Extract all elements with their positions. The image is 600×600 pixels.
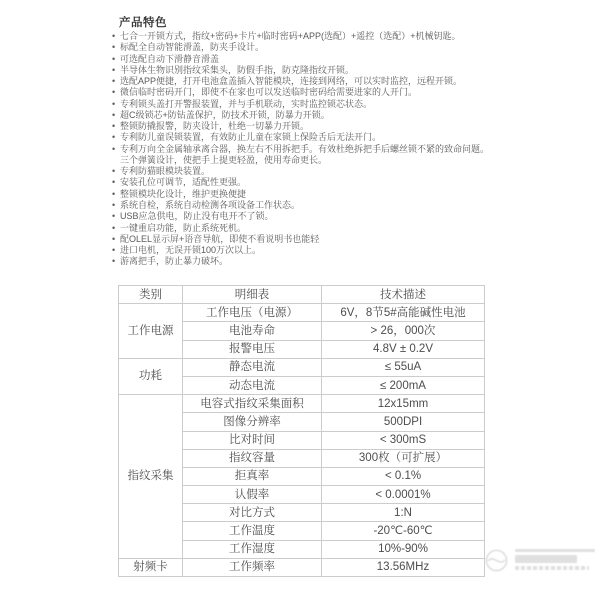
table-cell-item: 工作频率 xyxy=(183,558,322,576)
table-cell-item: 工作温度 xyxy=(183,522,322,540)
feature-text: 安装孔位可调节，适配性更强。 xyxy=(120,177,246,188)
bullet-icon: • xyxy=(112,87,120,98)
table-cell-value: ≤ 200mA xyxy=(322,376,485,394)
feature-item: •选配APP便捷，打开电池盒盖插入智能模块，连接到网络，可以实时监控，远程开锁。 xyxy=(112,76,494,87)
header-category: 类别 xyxy=(119,286,183,304)
table-cell-value: 1:N xyxy=(322,504,485,522)
table-row: 功耗静态电流≤ 55uA xyxy=(119,358,485,376)
table-cell-item: 指纹容量 xyxy=(183,449,322,467)
table-cell-item: 图像分辨率 xyxy=(183,413,322,431)
product-spec-page: 产品特色 •七合一开锁方式，指纹+密码+卡片+临时密码+APP(选配）+遥控（选… xyxy=(0,0,600,600)
feature-item: •安装孔位可调节，适配性更强。 xyxy=(112,177,494,188)
feature-item: •专利防猫眼模块装置。 xyxy=(112,166,494,177)
bullet-icon: • xyxy=(112,234,120,245)
bullet-icon: • xyxy=(112,121,120,132)
table-row: 射频卡工作频率13.56MHz xyxy=(119,558,485,576)
feature-item: •系统自检，系统自动检测各项设备工作状态。 xyxy=(112,200,494,211)
header-detail: 明细表 xyxy=(183,286,322,304)
feature-item: •标配全自动智能滑盖，防夹手设计。 xyxy=(112,42,494,53)
table-cell-value: 500DPI xyxy=(322,413,485,431)
bullet-icon: • xyxy=(112,189,120,200)
table-cell-item: 电容式指纹采集面积 xyxy=(183,395,322,413)
bullet-icon: • xyxy=(112,223,120,234)
table-cell-value: 10%-90% xyxy=(322,540,485,558)
feature-item: •进口电机，无误开锁100万次以上。 xyxy=(112,245,494,256)
table-cell-item: 工作电压（电源） xyxy=(183,304,322,322)
feature-text: 专利防儿童误锁装置，有效防止儿童在家锁上保险舌后无法开门。 xyxy=(120,132,381,143)
feature-text: 三个弹簧设计，使把手上提更轻盈，使用寿命更长。 xyxy=(120,155,327,166)
feature-item: •一键重启功能，防止系统死机。 xyxy=(112,223,494,234)
table-cell-value: ≤ 55uA xyxy=(322,358,485,376)
spec-table: 类别 明细表 技术描述 工作电源工作电压（电源）6V，8节5#高能碱性电池电池寿… xyxy=(118,285,485,577)
table-cell-value: -20℃-60℃ xyxy=(322,522,485,540)
bullet-icon: • xyxy=(112,200,120,211)
page-title: 产品特色 xyxy=(119,14,167,30)
watermark-text-line xyxy=(515,566,589,570)
feature-text: USB应急供电，防止没有电开不了锁。 xyxy=(120,211,274,222)
table-cell-item: 静态电流 xyxy=(183,358,322,376)
table-cell-value: > 26，000次 xyxy=(322,322,485,340)
feature-text: 整锁模块化设计，维护更换便捷 xyxy=(120,189,246,200)
table-cell-value: 4.8V ± 0.2V xyxy=(322,340,485,358)
feature-text: 游离把手，防止暴力破坏。 xyxy=(120,256,228,267)
bullet-icon: • xyxy=(112,256,120,267)
feature-item: •配OLEL显示屏+语音导航，即使不看说明书也能轻 xyxy=(112,234,494,245)
feature-item: •可选配自动下滑静音滑盖 xyxy=(112,54,494,65)
bullet-icon: • xyxy=(112,76,120,87)
table-cell-category: 指纹采集 xyxy=(119,395,183,559)
feature-text: 七合一开锁方式，指纹+密码+卡片+临时密码+APP(选配）+遥控（选配）+机械钥… xyxy=(120,31,461,42)
header-description: 技术描述 xyxy=(322,286,485,304)
feature-text: 微信临时密码开门，即使不在家也可以发送临时密码给需要进家的人开门。 xyxy=(120,87,417,98)
bullet-icon: • xyxy=(112,144,120,155)
table-cell-item: 认假率 xyxy=(183,486,322,504)
bullet-icon: • xyxy=(112,211,120,222)
feature-text: 选配APP便捷，打开电池盒盖插入智能模块，连接到网络，可以实时监控，远程开锁。 xyxy=(120,76,462,87)
watermark-text-line xyxy=(515,549,595,552)
feature-text: 半导体生物识别指纹采集头，防假手指，防克隆指纹开锁。 xyxy=(120,65,354,76)
bullet-icon: • xyxy=(112,65,120,76)
feature-text: 系统自检，系统自动检测各项设备工作状态。 xyxy=(120,200,300,211)
feature-item: •微信临时密码开门，即使不在家也可以发送临时密码给需要进家的人开门。 xyxy=(112,87,494,98)
feature-text: 专利万向全金属轴承离合器，换左右不用拆把手。有效杜绝拆把手后螺丝锁不紧的致命问题… xyxy=(120,144,489,155)
feature-text: 进口电机，无误开锁100万次以上。 xyxy=(120,245,261,256)
bullet-icon: • xyxy=(112,166,120,177)
table-cell-value: 300枚（可扩展） xyxy=(322,449,485,467)
feature-text: 超C级锁芯+防钻盖保护，防技术开锁，防暴力开锁。 xyxy=(120,110,330,121)
bullet-icon: • xyxy=(112,99,120,110)
table-cell-value: 6V，8节5#高能碱性电池 xyxy=(322,304,485,322)
table-cell-value: < 0.0001% xyxy=(322,486,485,504)
table-cell-value: 13.56MHz xyxy=(322,558,485,576)
table-cell-item: 比对时间 xyxy=(183,431,322,449)
watermark-text-line xyxy=(515,555,577,563)
feature-text: 配OLEL显示屏+语音导航，即使不看说明书也能轻 xyxy=(120,234,319,245)
bullet-icon: • xyxy=(112,245,120,256)
table-cell-item: 拒真率 xyxy=(183,467,322,485)
feature-item: •半导体生物识别指纹采集头，防假手指，防克隆指纹开锁。 xyxy=(112,65,494,76)
feature-list: •七合一开锁方式，指纹+密码+卡片+临时密码+APP(选配）+遥控（选配）+机械… xyxy=(112,31,494,268)
feature-text: 可选配自动下滑静音滑盖 xyxy=(120,54,219,65)
table-row: 工作电源工作电压（电源）6V，8节5#高能碱性电池 xyxy=(119,304,485,322)
bullet-icon: • xyxy=(112,42,120,53)
feature-text: 整锁防撬报警，防夹设计，杜绝一切暴力开锁。 xyxy=(120,121,309,132)
feature-item: •七合一开锁方式，指纹+密码+卡片+临时密码+APP(选配）+遥控（选配）+机械… xyxy=(112,31,494,42)
feature-item: •游离把手，防止暴力破坏。 xyxy=(112,256,494,267)
feature-text: 一键重启功能，防止系统死机。 xyxy=(120,223,246,234)
feature-item: •专利万向全金属轴承离合器，换左右不用拆把手。有效杜绝拆把手后螺丝锁不紧的致命问… xyxy=(112,144,494,155)
feature-text: 标配全自动智能滑盖，防夹手设计。 xyxy=(120,42,264,53)
table-row: 指纹采集电容式指纹采集面积12x15mm xyxy=(119,395,485,413)
feature-item-continuation: 三个弹簧设计，使把手上提更轻盈，使用寿命更长。 xyxy=(112,155,494,166)
table-header-row: 类别 明细表 技术描述 xyxy=(119,286,485,304)
bullet-icon: • xyxy=(112,54,120,65)
watermark-logo-icon xyxy=(483,547,510,574)
table-cell-category: 工作电源 xyxy=(119,304,183,359)
feature-text: 专利锁头盖打开警报装置，并与手机联动，实时监控锁芯状态。 xyxy=(120,99,372,110)
watermark-text xyxy=(515,547,595,570)
table-cell-value: < 0.1% xyxy=(322,467,485,485)
feature-item: •专利锁头盖打开警报装置，并与手机联动，实时监控锁芯状态。 xyxy=(112,99,494,110)
feature-text: 专利防猫眼模块装置。 xyxy=(120,166,210,177)
table-cell-item: 工作湿度 xyxy=(183,540,322,558)
bullet-icon: • xyxy=(112,132,120,143)
table-cell-category: 射频卡 xyxy=(119,558,183,576)
bullet-icon: • xyxy=(112,110,120,121)
feature-item: •超C级锁芯+防钻盖保护，防技术开锁，防暴力开锁。 xyxy=(112,110,494,121)
spec-table-head: 类别 明细表 技术描述 xyxy=(119,286,485,304)
table-cell-value: 12x15mm xyxy=(322,395,485,413)
feature-item: •整锁模块化设计，维护更换便捷 xyxy=(112,189,494,200)
spec-table-body: 工作电源工作电压（电源）6V，8节5#高能碱性电池电池寿命> 26，000次报警… xyxy=(119,304,485,577)
bullet-icon: • xyxy=(112,177,120,188)
table-cell-value: < 300mS xyxy=(322,431,485,449)
table-cell-item: 报警电压 xyxy=(183,340,322,358)
feature-item: •USB应急供电，防止没有电开不了锁。 xyxy=(112,211,494,222)
table-cell-item: 对比方式 xyxy=(183,504,322,522)
bullet-icon: • xyxy=(112,31,120,42)
watermark xyxy=(483,547,598,587)
feature-item: •整锁防撬报警，防夹设计，杜绝一切暴力开锁。 xyxy=(112,121,494,132)
feature-item: •专利防儿童误锁装置，有效防止儿童在家锁上保险舌后无法开门。 xyxy=(112,132,494,143)
table-cell-item: 动态电流 xyxy=(183,376,322,394)
table-cell-item: 电池寿命 xyxy=(183,322,322,340)
table-cell-category: 功耗 xyxy=(119,358,183,394)
